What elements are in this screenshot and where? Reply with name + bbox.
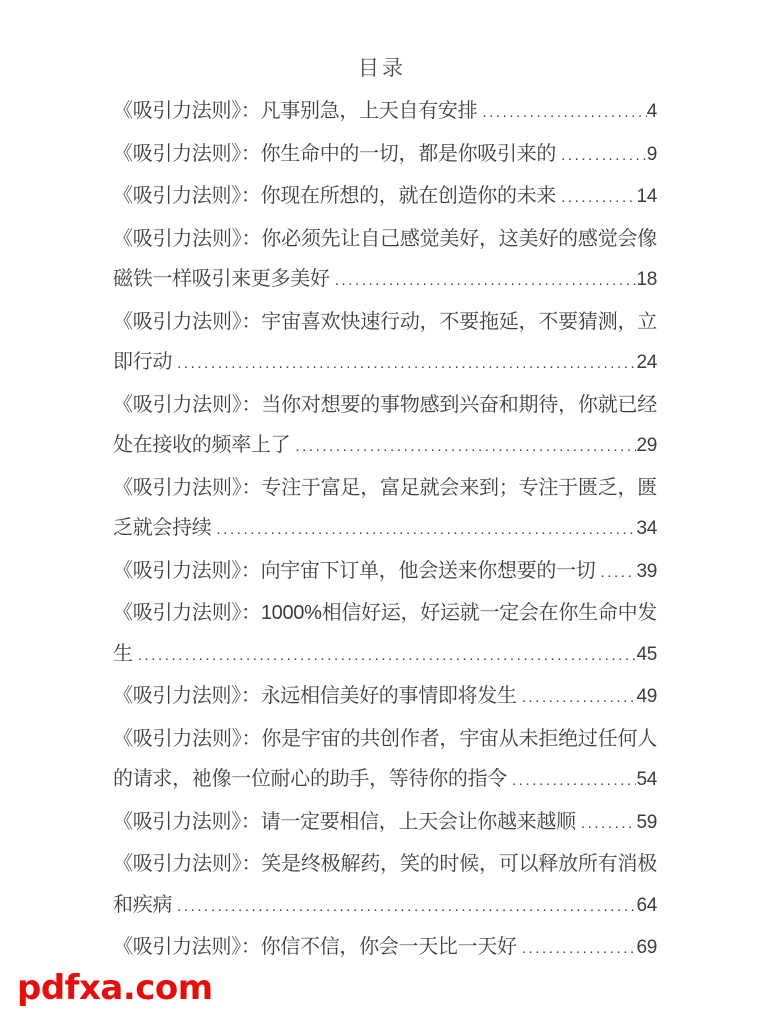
dot-leader: ........................................… [507, 761, 636, 802]
toc-entry-text: 的请求，祂像一位耐心的助手，等待你的指令 [113, 759, 507, 800]
toc-entry-line: 即行动.....................................… [113, 342, 657, 385]
toc-entry-line: 《吸引力法则》：请一定要相信，上天会让你越来越顺................… [113, 802, 657, 845]
toc-entry-text: 生 [113, 634, 133, 675]
page-title: 目录 [0, 0, 764, 82]
toc-entry-line: 和疾病.....................................… [113, 885, 657, 928]
toc-entry-line: 《吸引力法则》：你信不信，你会一天比一天好...................… [113, 927, 657, 970]
toc-entry-line: 《吸引力法则》：凡事别急，上天自有安排.....................… [113, 91, 657, 134]
dot-leader: ........................................… [330, 261, 637, 302]
toc-entry: 《吸引力法则》：向宇宙下订单，他会送来你想要的一切...............… [113, 551, 657, 594]
toc-entry: 《吸引力法则》：专注于富足，富足就会来到；专注于匮乏，匮乏就会持续.......… [113, 468, 657, 551]
toc-entry-text: 磁铁一样吸引来更多美好 [113, 259, 330, 300]
toc-entry: 《吸引力法则》：你现在所想的，就在创造你的未来.................… [113, 176, 657, 219]
toc-entry: 《吸引力法则》：你是宇宙的共创作者，宇宙从未拒绝过任何人的请求，祂像一位耐心的助… [113, 719, 657, 802]
toc-list: 《吸引力法则》：凡事别急，上天自有安排.....................… [113, 91, 657, 970]
toc-entry: 《吸引力法则》：你生命中的一切，都是你吸引来的.................… [113, 134, 657, 177]
dot-leader: ........................................… [172, 887, 636, 928]
toc-entry: 《吸引力法则》：1000%相信好运，好运就一定会在你生命中发生.........… [113, 593, 657, 676]
toc-page-number: 4 [647, 92, 657, 133]
dot-leader: ........................................… [576, 804, 637, 845]
toc-entry: 《吸引力法则》：当你对想要的事物感到兴奋和期待，你就已经处在接收的频率上了...… [113, 385, 657, 468]
toc-entry: 《吸引力法则》：你必须先让自己感觉美好，这美好的感觉会像磁铁一样吸引来更多美好.… [113, 219, 657, 302]
toc-page-number: 69 [636, 928, 657, 969]
toc-entry-text: 《吸引力法则》：你生命中的一切，都是你吸引来的 [113, 134, 556, 175]
toc-page-number: 39 [636, 552, 657, 593]
toc-entry-line: 《吸引力法则》：1000%相信好运，好运就一定会在你生命中发 [113, 593, 657, 634]
toc-entry-line: 《吸引力法则》：永远相信美好的事情即将发生...................… [113, 676, 657, 719]
toc-entry: 《吸引力法则》：你信不信，你会一天比一天好...................… [113, 927, 657, 970]
dot-leader: ........................................… [212, 510, 637, 551]
dot-leader: ........................................… [517, 678, 637, 719]
toc-entry: 《吸引力法则》：宇宙喜欢快速行动，不要拖延，不要猜测，立即行动.........… [113, 302, 657, 385]
toc-entry-text: 即行动 [113, 342, 172, 383]
toc-page-number: 34 [636, 509, 657, 550]
toc-entry-line: 《吸引力法则》：专注于富足，富足就会来到；专注于匮乏，匮 [113, 468, 657, 509]
dot-leader: ........................................… [556, 178, 636, 219]
toc-entry-line: 《吸引力法则》：你生命中的一切，都是你吸引来的.................… [113, 134, 657, 177]
toc-page-number: 64 [636, 886, 657, 927]
toc-page-number: 14 [636, 177, 657, 218]
toc-entry-line: 《吸引力法则》：你是宇宙的共创作者，宇宙从未拒绝过任何人 [113, 719, 657, 760]
dot-leader: ........................................… [172, 344, 636, 385]
dot-leader: ........................................… [133, 636, 637, 677]
toc-page-number: 59 [636, 803, 657, 844]
toc-page-number: 18 [636, 260, 657, 301]
toc-page-number: 24 [636, 343, 657, 384]
toc-entry: 《吸引力法则》：永远相信美好的事情即将发生...................… [113, 676, 657, 719]
dot-leader: ........................................… [596, 553, 637, 594]
toc-entry: 《吸引力法则》：凡事别急，上天自有安排.....................… [113, 91, 657, 134]
dot-leader: ........................................… [517, 929, 637, 970]
toc-page-number: 54 [636, 760, 657, 801]
toc-entry-text: 处在接收的频率上了 [113, 425, 290, 466]
toc-entry-text: 《吸引力法则》：永远相信美好的事情即将发生 [113, 676, 517, 717]
toc-entry-text: 乏就会持续 [113, 508, 212, 549]
dot-leader: ........................................… [556, 136, 647, 177]
toc-entry-line: 《吸引力法则》：向宇宙下订单，他会送来你想要的一切...............… [113, 551, 657, 594]
toc-page-number: 45 [636, 635, 657, 676]
toc-entry-text: 《吸引力法则》：你信不信，你会一天比一天好 [113, 927, 517, 968]
toc-entry-line: 《吸引力法则》：宇宙喜欢快速行动，不要拖延，不要猜测，立 [113, 302, 657, 343]
toc-entry-line: 乏就会持续...................................… [113, 508, 657, 551]
toc-entry-text: 和疾病 [113, 885, 172, 926]
toc-entry-text: 《吸引力法则》：凡事别急，上天自有安排 [113, 91, 477, 132]
toc-entry-text: 《吸引力法则》：向宇宙下订单，他会送来你想要的一切 [113, 551, 596, 592]
toc-entry-line: 《吸引力法则》：你现在所想的，就在创造你的未来.................… [113, 176, 657, 219]
toc-page-number: 9 [647, 135, 657, 176]
toc-entry-line: 《吸引力法则》：你必须先让自己感觉美好，这美好的感觉会像 [113, 219, 657, 260]
toc-entry-line: 《吸引力法则》：当你对想要的事物感到兴奋和期待，你就已经 [113, 385, 657, 426]
dot-leader: ........................................… [290, 427, 636, 468]
dot-leader: ........................................… [477, 93, 646, 134]
toc-entry-line: 磁铁一样吸引来更多美好.............................… [113, 259, 657, 302]
toc-entry-line: 的请求，祂像一位耐心的助手，等待你的指令....................… [113, 759, 657, 802]
toc-entry-text: 《吸引力法则》：你现在所想的，就在创造你的未来 [113, 176, 556, 217]
toc-page-number: 29 [636, 426, 657, 467]
document-page: 目录 《吸引力法则》：凡事别急，上天自有安排..................… [0, 0, 764, 1024]
toc-entry-line: 生.......................................… [113, 634, 657, 677]
toc-entry-line: 《吸引力法则》：笑是终极解药，笑的时候，可以释放所有消极 [113, 844, 657, 885]
toc-entry: 《吸引力法则》：笑是终极解药，笑的时候，可以释放所有消极和疾病.........… [113, 844, 657, 927]
toc-entry-line: 处在接收的频率上了...............................… [113, 425, 657, 468]
toc-entry-text: 《吸引力法则》：请一定要相信，上天会让你越来越顺 [113, 802, 576, 843]
watermark: pdfxa.com [17, 968, 213, 1009]
toc-page-number: 49 [636, 677, 657, 718]
toc-entry: 《吸引力法则》：请一定要相信，上天会让你越来越顺................… [113, 802, 657, 845]
